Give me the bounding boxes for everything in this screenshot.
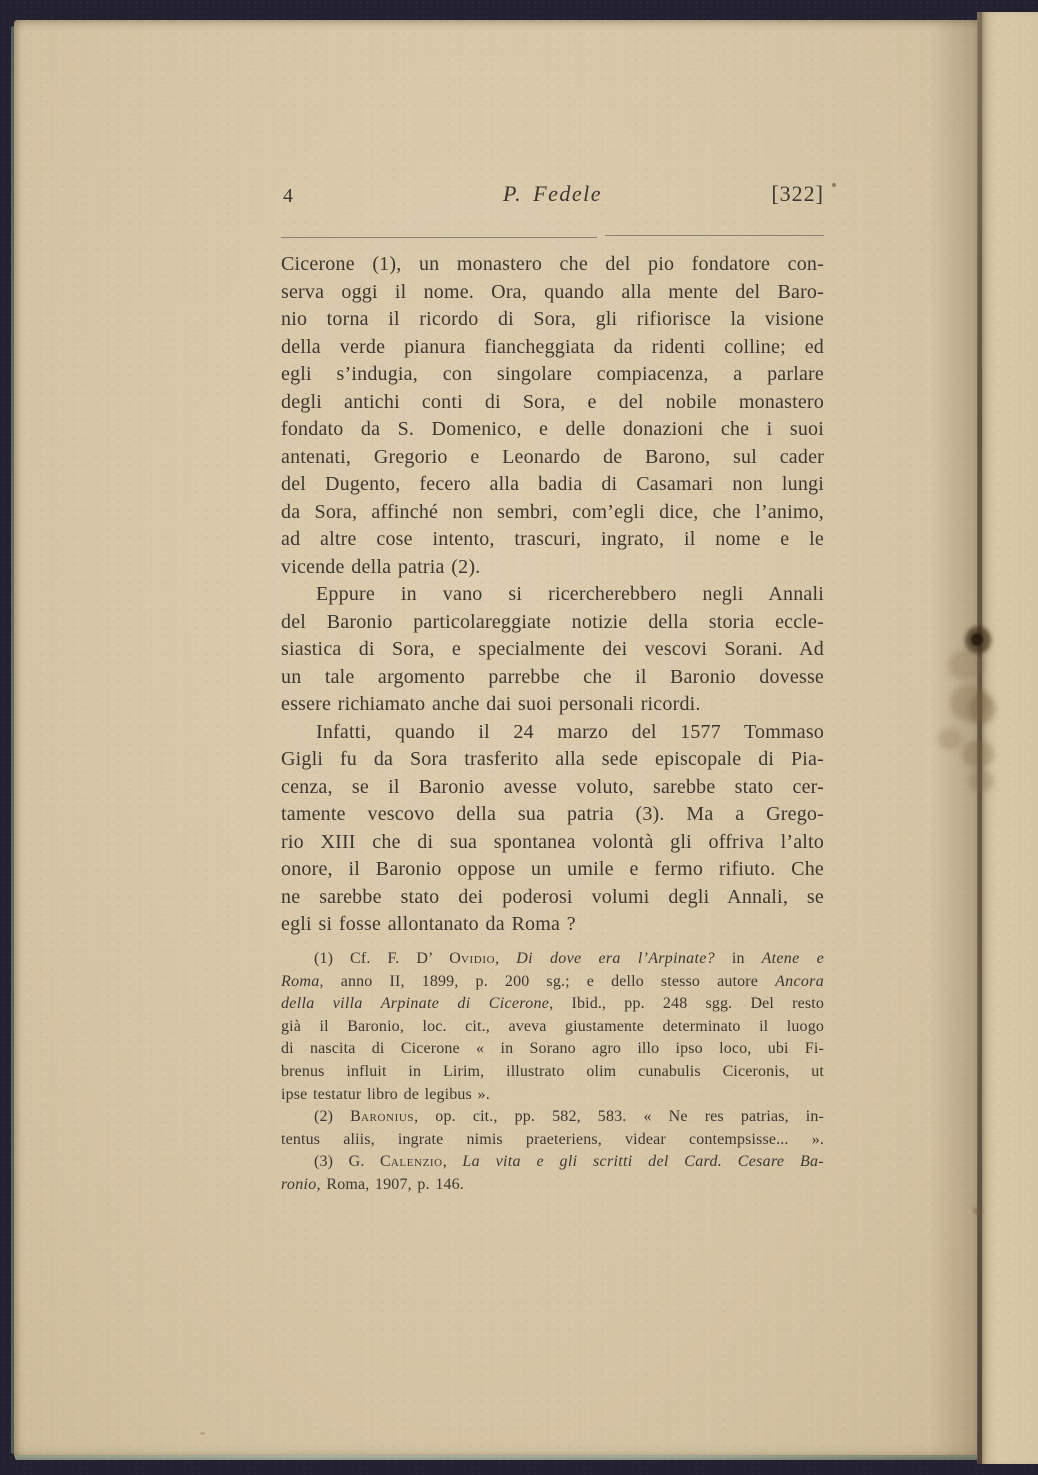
body-line: della verde pianura fiancheggiata da rid… [281,334,824,362]
book-scan: { "colors": { "background": "#232030", "… [0,0,1038,1475]
footnote-line: Roma, anno II, 1899, p. 200 sg.; e dello… [281,971,824,994]
body-line: essere richiamato anche dai suoi persona… [281,691,824,719]
paragraph: Eppure in vano si ricercherebbero negli … [281,581,824,719]
speck [832,183,836,187]
footnote-line: ronio, Roma, 1907, p. 146. [281,1174,824,1197]
stain [973,1207,983,1215]
body-line: Cicerone (1), un monastero che del pio f… [281,251,824,279]
body-line: da Sora, affinché non sembri, com’egli d… [281,499,824,527]
body-line: onore, il Baronio oppose un umile e ferm… [281,856,824,884]
next-page-edge [982,12,1038,1464]
footnote-line: brenus influit in Lirim, illustrato olim… [281,1061,824,1084]
body-line: vicende della patria (2). [281,554,824,582]
stain [962,740,994,768]
body-line: egli s’indugia, con singolare compiacenz… [281,361,824,389]
issue-number: [322] [771,181,824,207]
footnote-line: tentus aliis, ingrate nimis praeteriens,… [281,1129,824,1152]
text-column: 4 P. Fedele [322] Cicerone (1), un monas… [281,20,824,1458]
body-line: egli si fosse allontanato da Roma ? [281,911,824,939]
body-line: nio torna il ricordo di Sora, gli rifior… [281,306,824,334]
footnote-line: (2) Baronius, op. cit., pp. 582, 583. « … [281,1106,824,1129]
body-line: tamente vescovo della sua patria (3). Ma… [281,801,824,829]
body-line: degli antichi conti di Sora, e del nobil… [281,389,824,417]
stain [968,694,996,724]
body-line: del Baronio particolareggiate notizie de… [281,609,824,637]
footnote-line: (3) G. Calenzio, La vita e gli scritti d… [281,1151,824,1174]
running-title: P. Fedele [503,181,602,207]
body-line: rio XIII che di sua spontanea volontà gl… [281,829,824,857]
paragraph: Infatti, quando il 24 marzo del 1577 Tom… [281,719,824,939]
body-line: siastica di Sora, e specialmente dei ves… [281,636,824,664]
footnote: (3) G. Calenzio, La vita e gli scritti d… [281,1151,824,1196]
stain [968,770,994,792]
header-rule-left [281,237,597,239]
body-line: fondato da S. Domenico, e delle donazion… [281,416,824,444]
body-line: cenza, se il Baronio avesse voluto, sare… [281,774,824,802]
page-number: 4 [283,185,293,208]
footnote-line: (1) Cf. F. D’ Ovidio, Di dove era l’Arpi… [281,948,824,971]
footnote-line: ipse testatur libro de legibus ». [281,1084,824,1107]
paragraph: Cicerone (1), un monastero che del pio f… [281,251,824,581]
body-line: ne sarebbe stato dei poderosi volumi deg… [281,884,824,912]
body-line: Infatti, quando il 24 marzo del 1577 Tom… [281,719,824,747]
stain [948,650,984,680]
body-line: ad altre cose intento, trascuri, ingrato… [281,526,824,554]
body-line: un tale argomento parrebbe che il Baroni… [281,664,824,692]
page-header: 4 P. Fedele [322] [281,180,824,212]
stain [971,633,983,646]
footnote-line: della villa Arpinate di Cicerone, Ibid.,… [281,993,824,1016]
footnote: (2) Baronius, op. cit., pp. 582, 583. « … [281,1106,824,1151]
footnote-line: già il Baronio, loc. cit., aveva giustam… [281,1016,824,1039]
page-bottom-edge [15,1455,978,1460]
stain [938,728,962,750]
footnote-line: di nascita di Cicerone « in Sorano agro … [281,1038,824,1061]
body-line: Gigli fu da Sora trasferito alla sede ep… [281,746,824,774]
speck [200,1432,205,1435]
footnotes: (1) Cf. F. D’ Ovidio, Di dove era l’Arpi… [281,948,824,1197]
body-line: del Dugento, fecero alla badia di Casama… [281,471,824,499]
footnote: (1) Cf. F. D’ Ovidio, Di dove era l’Arpi… [281,948,824,1106]
body-line: Eppure in vano si ricercherebbero negli … [281,581,824,609]
page: 4 P. Fedele [322] Cicerone (1), un monas… [14,20,978,1458]
paper-texture [982,12,1038,1464]
body-text: Cicerone (1), un monastero che del pio f… [281,251,824,939]
body-line: serva oggi il nome. Ora, quando alla men… [281,279,824,307]
body-line: antenati, Gregorio e Leonardo de Barono,… [281,444,824,472]
header-rule-right [605,235,824,237]
